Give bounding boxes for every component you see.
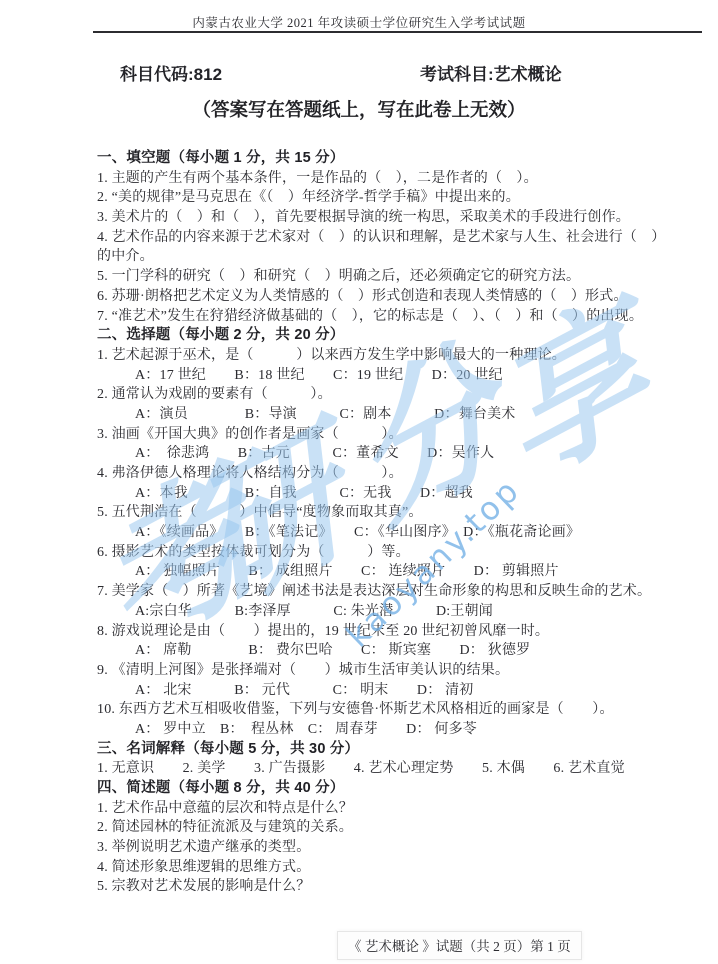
question-line: 6. 苏珊·朗格把艺术定义为人类情感的（ ）形式创造和表现人类情感的（ ）形式。 [97,287,711,307]
question-line: 4. 弗洛伊德人格理论将人格结构分为（ ）。 [97,464,711,484]
question-line: 2. 简述园林的特征流派及与建筑的关系。 [97,818,711,838]
section-title: 四、简述题（每小题 8 分，共 40 分） [97,779,711,799]
question-line: 7. 美学家（ ）所著《艺境》阐述书法是表达深层对生命形象的构思和反映生命的艺术… [97,582,711,602]
option-line: A：本我 B：自我 C：无我 D：超我 [97,484,711,504]
question-line: 3. 举例说明艺术遗产继承的类型。 [97,838,711,858]
question-line: 9. 《清明上河图》是张择端对（ ）城市生活审美认识的结果。 [97,661,711,681]
exam-subject: 考试科目:艺术概论 [420,60,562,85]
option-line: A： 独幅照片 B： 成组照片 C： 连续照片 D： 剪辑照片 [97,562,711,582]
question-line: 5. 五代荆浩在（ ）中倡导“度物象而取其真”。 [97,503,711,523]
university-title: 内蒙古农业大学 2021 年攻读硕士学位研究生入学考试试题 [0,13,718,31]
question-line: 5. 宗教对艺术发展的影响是什么？ [97,877,711,897]
question-line: 3. 美术片的（ ）和（ ），首先要根据导演的统一构思，采取美术的手段进行创作。 [97,208,711,228]
question-line: 3. 油画《开国大典》的创作者是画家（ ）。 [97,425,711,445]
page-footer: 《 艺术概论 》试题（共 2 页）第 1 页 [337,931,582,960]
option-line: A:宗白华 B:李泽厚 C: 朱光潜 D:王朝闻 [97,602,711,622]
option-line: A： 席勒 B： 费尔巴哈 C： 斯宾塞 D： 狄德罗 [97,641,711,661]
section-title: 三、名词解释（每小题 5 分，共 30 分） [97,740,711,760]
question-line: 2. “美的规律”是马克思在《（ ）年经济学-哲学手稿》中提出来的。 [97,188,711,208]
section-title: 一、填空题（每小题 1 分，共 15 分） [97,149,711,169]
question-line: 8. 游戏说理论是由（ ）提出的，19 世纪末至 20 世纪初曾风靡一时。 [97,622,711,642]
question-line: 4. 艺术作品的内容来源于艺术家对（ ）的认识和理解，是艺术家与人生、社会进行（… [97,228,711,248]
question-line: 1. 艺术起源于巫术，是（ ）以来西方发生学中影响最大的一种理论。 [97,346,711,366]
question-line: 6. 摄影艺术的类型按体裁可划分为（ ）等。 [97,543,711,563]
question-line: 10. 东西方艺术互相吸收借鉴，下列与安德鲁·怀斯艺术风格相近的画家是（ ）。 [97,700,711,720]
question-line: 1. 无意识 2. 美学 3. 广告摄影 4. 艺术心理定势 5. 木偶 6. … [97,759,711,779]
section-title: 二、选择题（每小题 2 分，共 20 分） [97,326,711,346]
question-line: 5. 一门学科的研究（ ）和研究（ ）明确之后，还必须确定它的研究方法。 [97,267,711,287]
footer-text: 《 艺术概论 》试题（共 2 页）第 1 页 [348,939,571,954]
question-line: 7. “准艺术”发生在狩猎经济做基础的（ ），它的标志是（ ）、（ ）和（ ）的… [97,307,711,327]
header-divider [93,31,702,33]
question-line: 2. 通常认为戏剧的要素有（ ）。 [97,385,711,405]
option-line: A： 徐悲鸿 B：古元 C：董希文 D：吴作人 [97,444,711,464]
option-line: A：《续画品》 B：《笔法记》 C：《华山图序》 D：《瓶花斋论画》 [97,523,711,543]
answer-notice: （答案写在答题纸上，写在此卷上无效） [0,96,718,122]
option-line: A：演员 B：导演 C：剧本 D：舞台美术 [97,405,711,425]
question-line: 1. 艺术作品中意蕴的层次和特点是什么？ [97,799,711,819]
option-line: A： 罗中立 B： 程丛林 C： 周春芽 D： 何多苓 [97,720,711,740]
exam-paper-page: 内蒙古农业大学 2021 年攻读硕士学位研究生入学考试试题 科目代码:812 考… [0,0,718,964]
option-line: A： 北宋 B： 元代 C： 明末 D： 清初 [97,681,711,701]
exam-body: 一、填空题（每小题 1 分，共 15 分）1. 主题的产生有两个基本条件，一是作… [97,149,711,897]
question-line: 1. 主题的产生有两个基本条件，一是作品的（ ），二是作者的（ ）。 [97,169,711,189]
option-line: A：17 世纪 B：18 世纪 C：19 世纪 D：20 世纪 [97,366,711,386]
subject-code: 科目代码:812 [120,60,222,85]
question-line: 4. 简述形象思维逻辑的思维方式。 [97,858,711,878]
question-line: 的中介。 [97,247,711,267]
